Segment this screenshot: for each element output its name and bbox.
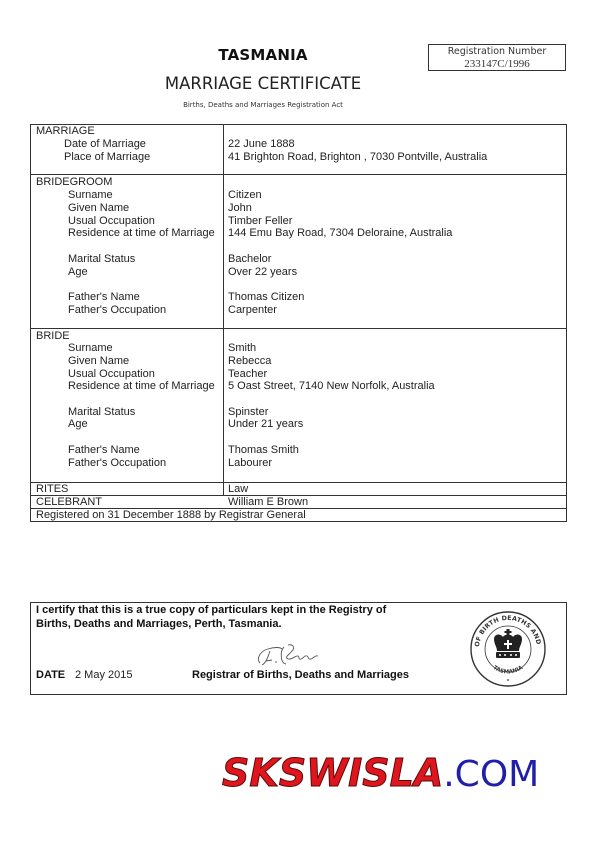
rites-label: RITES <box>36 483 68 496</box>
registrar-signature <box>254 641 326 669</box>
groom-father-occupation-value: Carpenter <box>228 304 277 317</box>
bride-residence-label: Residence at time of Marriage <box>68 380 215 393</box>
certification-line-1: I certify that this is a true copy of pa… <box>36 604 386 618</box>
state-heading: TASMANIA <box>160 46 366 64</box>
groom-residence-label: Residence at time of Marriage <box>68 227 215 240</box>
divider-marriage <box>30 174 567 175</box>
celebrant-value: William E Brown <box>228 496 308 509</box>
bride-age-value: Under 21 years <box>228 418 303 431</box>
watermark-domain: .COM <box>443 754 539 795</box>
certificate-title: MARRIAGE CERTIFICATE <box>150 74 376 93</box>
groom-residence-value: 144 Emu Bay Road, 7304 Deloraine, Austra… <box>228 227 452 240</box>
groom-occupation-label: Usual Occupation <box>68 215 155 228</box>
bride-marital-status-value: Spinster <box>228 406 268 419</box>
crown-seal-icon: REGISTRAR OF BIRTH DEATHS AND MARRIAGES … <box>467 609 549 689</box>
watermark-name: SKSWISLA <box>222 751 443 795</box>
groom-age-label: Age <box>68 266 88 279</box>
section-bride: BRIDE <box>36 330 70 343</box>
bride-occupation-label: Usual Occupation <box>68 368 155 381</box>
svg-text:TASMANIA: TASMANIA <box>492 664 525 675</box>
certification-statement: I certify that this is a true copy of pa… <box>36 604 386 631</box>
groom-given-name-value: John <box>228 202 252 215</box>
bride-residence-value: 5 Oast Street, 7140 New Norfolk, Austral… <box>228 380 435 393</box>
groom-occupation-value: Timber Feller <box>228 215 292 228</box>
divider-bridegroom <box>30 328 567 329</box>
rites-value: Law <box>228 483 248 496</box>
groom-surname-value: Citizen <box>228 189 262 202</box>
bride-marital-status-label: Marital Status <box>68 406 135 419</box>
bride-father-name-value: Thomas Smith <box>228 444 299 457</box>
groom-age-value: Over 22 years <box>228 266 297 279</box>
bride-occupation-value: Teacher <box>228 368 267 381</box>
date-of-marriage-label: Date of Marriage <box>64 138 146 151</box>
column-divider <box>223 124 224 496</box>
section-marriage: MARRIAGE <box>36 125 95 138</box>
divider-bride <box>30 482 567 483</box>
celebrant-label: CELEBRANT <box>36 496 102 509</box>
bride-given-name-label: Given Name <box>68 355 129 368</box>
registration-number-box: Registration Number 233147C/1996 <box>428 44 566 71</box>
groom-surname-label: Surname <box>68 189 113 202</box>
act-subtitle: Births, Deaths and Marriages Registratio… <box>150 101 376 109</box>
bride-surname-label: Surname <box>68 342 113 355</box>
groom-marital-status-value: Bachelor <box>228 253 271 266</box>
registration-number: 233147C/1996 <box>429 58 565 70</box>
date-value: 2 May 2015 <box>75 669 132 681</box>
certification-line-2: Births, Deaths and Marriages, Perth, Tas… <box>36 618 386 632</box>
section-bridegroom: BRIDEGROOM <box>36 176 112 189</box>
bride-age-label: Age <box>68 418 88 431</box>
place-of-marriage-value: 41 Brighton Road, Brighton , 7030 Pontvi… <box>228 151 487 164</box>
bride-father-name-label: Father's Name <box>68 444 140 457</box>
bride-father-occupation-label: Father's Occupation <box>68 457 166 470</box>
place-of-marriage-label: Place of Marriage <box>64 151 150 164</box>
date-label: DATE <box>36 669 65 681</box>
bride-given-name-value: Rebecca <box>228 355 271 368</box>
groom-father-name-value: Thomas Citizen <box>228 291 304 304</box>
groom-father-name-label: Father's Name <box>68 291 140 304</box>
registrar-title: Registrar of Births, Deaths and Marriage… <box>192 669 409 681</box>
watermark-brand: SKSWISLA.COM <box>222 751 539 795</box>
groom-marital-status-label: Marital Status <box>68 253 135 266</box>
date-of-marriage-value: 22 June 1888 <box>228 138 295 151</box>
bride-father-occupation-value: Labourer <box>228 457 272 470</box>
registered-note: Registered on 31 December 1888 by Regist… <box>36 509 306 522</box>
groom-father-occupation-label: Father's Occupation <box>68 304 166 317</box>
groom-given-name-label: Given Name <box>68 202 129 215</box>
bride-surname-value: Smith <box>228 342 256 355</box>
registration-label: Registration Number <box>429 46 565 58</box>
